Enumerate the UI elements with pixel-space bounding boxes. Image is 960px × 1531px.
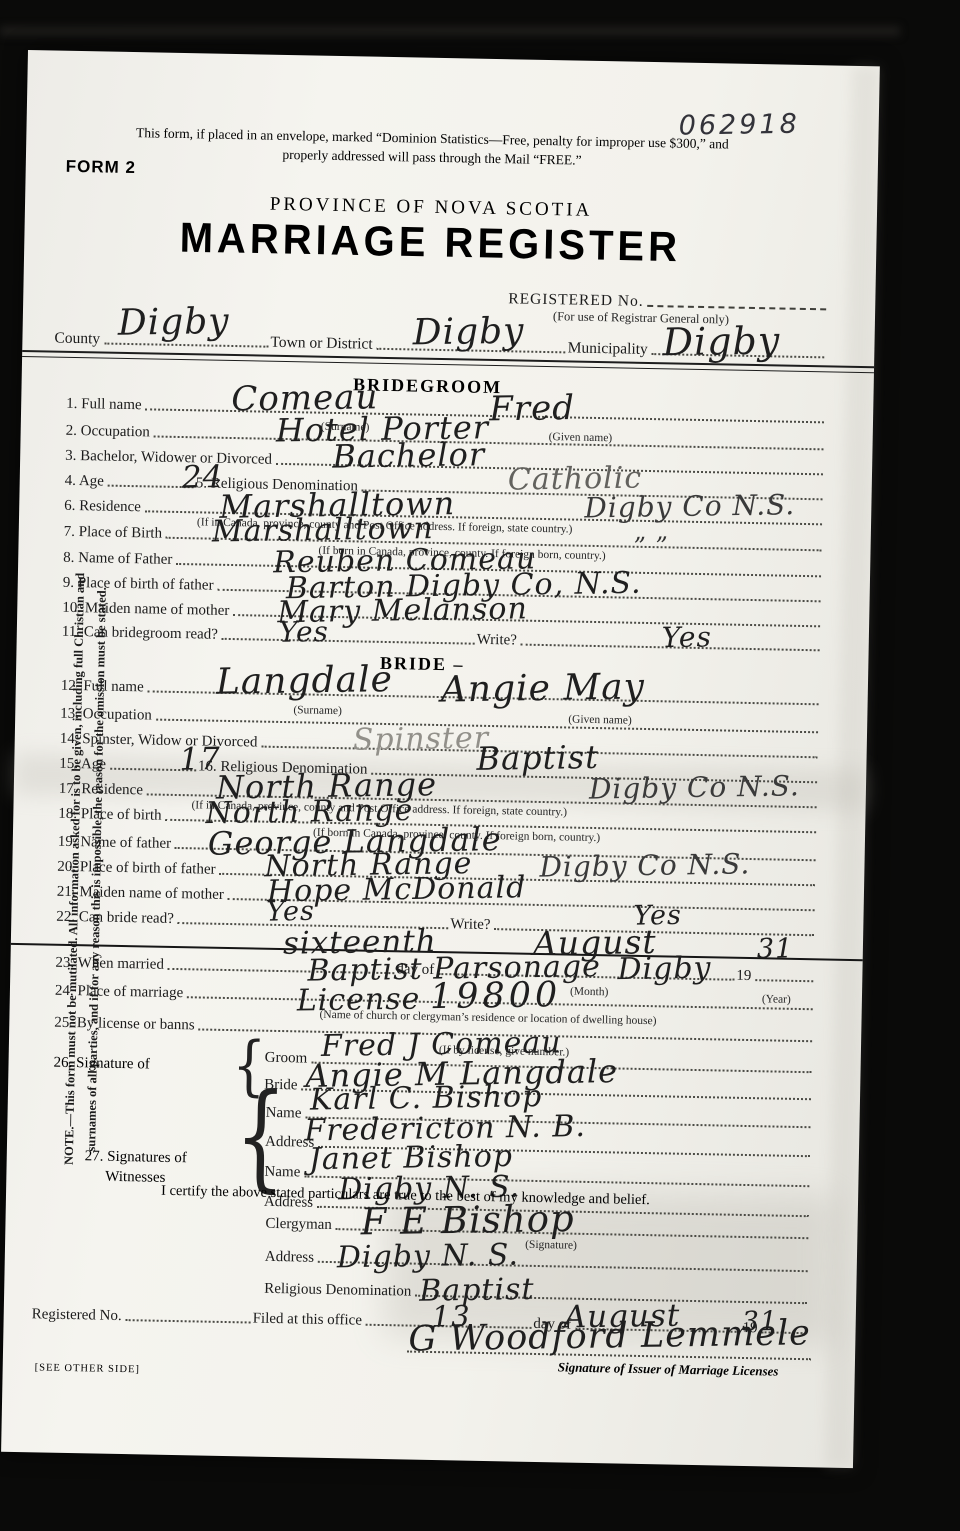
field-label: 15. Age	[59, 755, 106, 772]
county-label: County	[54, 330, 100, 348]
hw-bride-status: Spinster	[353, 724, 490, 756]
hw-license-word: License	[297, 985, 421, 1017]
field-label: 3. Bachelor, Widower or Divorced	[65, 447, 272, 467]
hw-groom-residence-right: Digby Co N.S.	[584, 491, 795, 522]
field-label: 24. Place of marriage	[55, 982, 184, 1001]
field-label: 22. Can bride read?	[56, 908, 174, 927]
see-other-side-label: [SEE OTHER SIDE]	[35, 1362, 140, 1375]
scan-edge-shade	[825, 66, 880, 1468]
field-label: Name	[264, 1163, 300, 1180]
field-label: 12. Full name	[61, 677, 144, 695]
field-label: Write?	[477, 631, 518, 648]
hw-groom-given-name: Fred	[489, 391, 575, 426]
hw-license-number: 19800	[430, 978, 562, 1015]
hw-bride-surname: Langdale	[216, 662, 393, 701]
dotted-line	[222, 638, 475, 645]
field-label: Clergyman	[265, 1215, 332, 1233]
form-number-label: FORM 2	[66, 157, 137, 178]
field-label: Name	[265, 1104, 301, 1121]
hw-bride-religion: Baptist	[476, 741, 599, 775]
town-label: Town or District	[270, 334, 373, 353]
dotted-line	[755, 979, 813, 982]
signature-of-label: 26. Signature of	[53, 1055, 150, 1074]
field-label: 23. When married	[55, 954, 164, 973]
municipality-label: Municipality	[568, 339, 648, 358]
handwritten-county: Digby	[118, 304, 230, 342]
field-label: Registered No.	[32, 1306, 122, 1324]
field-label: 19. Name of father	[58, 833, 172, 852]
hw-clergyman-address: Digby N. S.	[337, 1240, 519, 1273]
dotted-line	[108, 485, 194, 489]
hw-married-year: 31	[757, 935, 794, 963]
hw-groom-age: 24	[182, 462, 224, 494]
field-label: Write?	[450, 916, 491, 933]
field-label: 18. Place of birth	[58, 805, 162, 823]
hw-groom-can-read: Yes	[279, 618, 329, 647]
marriage-register-form: NOTE.—This form must not be mutilated. A…	[1, 50, 880, 1468]
field-label: Address	[265, 1248, 314, 1265]
field-label: 11. Can bridegroom read?	[62, 623, 218, 642]
scan-edge-highlight	[0, 26, 900, 36]
handwritten-municipality: Digby	[662, 321, 780, 361]
field-label: 10. Maiden name of mother	[62, 599, 229, 619]
field-label: 7. Place of Birth	[64, 523, 163, 541]
field-label: Religious Denomination	[264, 1280, 411, 1299]
field-label: 4. Age	[65, 472, 104, 489]
hw-clergyman-signature: F E Bishop	[360, 1200, 575, 1240]
field-label: 9. Place of birth of father	[63, 574, 214, 593]
hw-groom-birthplace-ditto: ” ”	[633, 534, 669, 559]
dotted-line	[648, 305, 827, 310]
issuer-signature-label: Signature of Issuer of Marriage Licenses	[558, 1359, 779, 1379]
hw-marriage-place-right: Digby	[617, 954, 711, 985]
hw-bride-residence-right: Digby Co N.S.	[589, 772, 800, 803]
field-label: 1. Full name	[66, 395, 142, 413]
field-label: 8. Name of Father	[63, 549, 172, 568]
hw-groom-can-write: Yes	[662, 623, 712, 652]
dotted-line	[126, 1319, 251, 1323]
field-label: 13. Occupation	[60, 705, 152, 723]
clergyman-religion-row: Religious Denomination	[264, 1277, 809, 1307]
field-label: 25. By license or banns	[54, 1014, 195, 1033]
field-label: 21. Maiden name of mother	[57, 883, 224, 903]
hw-bride-can-read: Yes	[266, 898, 315, 926]
field-label: Filed at this office	[253, 1310, 363, 1329]
handwritten-town: Digby	[412, 314, 524, 352]
hw-issuer-signature: G Woodford Lemmele	[408, 1316, 811, 1357]
registered-no-label: REGISTERED No.	[508, 290, 644, 310]
field-label: 20. Place of birth of father	[57, 858, 216, 878]
hw-bride-given-name: Angie May	[441, 669, 646, 708]
field-label: 2. Occupation	[66, 422, 150, 440]
field-label: 19	[736, 967, 751, 984]
field-label: Groom	[265, 1049, 308, 1066]
field-label: 6. Residence	[64, 497, 141, 515]
field-label: 17. Residence	[59, 780, 143, 798]
hw-bride-father-birthplace-right: Digby Co N.S.	[539, 850, 750, 881]
hw-groom-status: Bachelor	[332, 438, 485, 472]
